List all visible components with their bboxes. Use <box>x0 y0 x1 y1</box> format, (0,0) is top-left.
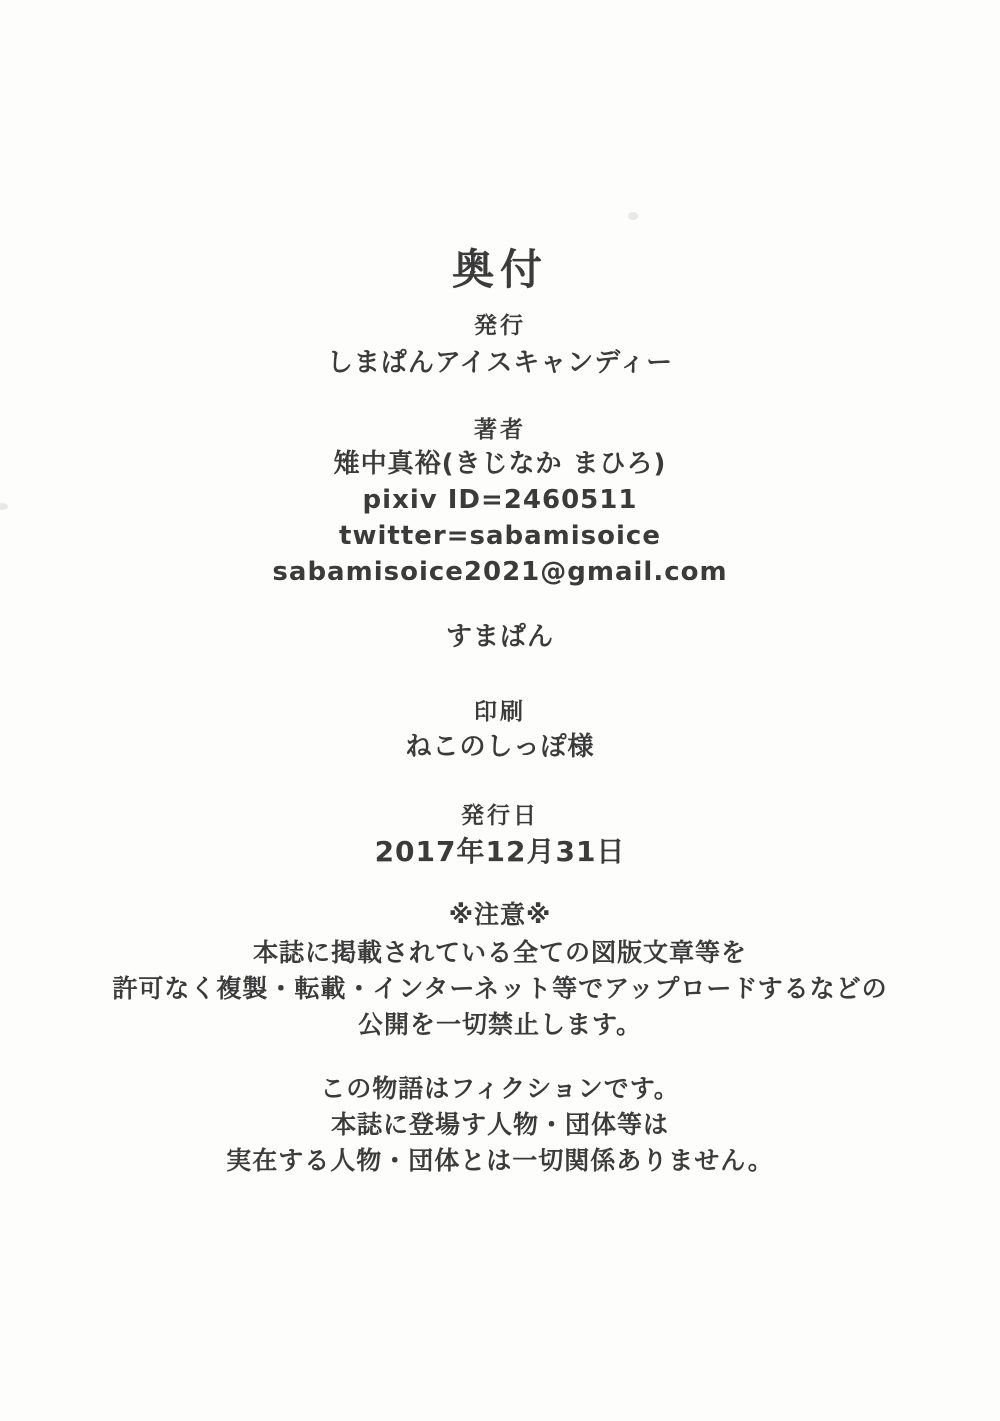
colophon-page: 奥付 発行 しまぱんアイスキャンディー 著者 雉中真裕(きじなか まひろ) pi… <box>0 0 1000 1421</box>
notice-heading: ※注意※ <box>0 899 1000 931</box>
author-name: 雉中真裕(きじなか まひろ) <box>0 447 1000 481</box>
printer-name: ねこのしっぽ様 <box>0 731 1000 763</box>
author-pixiv-id: pixiv ID=2460511 <box>0 483 1000 517</box>
printer-label: 印刷 <box>0 697 1000 727</box>
author-email: sabamisoice2021@gmail.com <box>0 555 1000 589</box>
publication-date-label: 発行日 <box>0 801 1000 831</box>
notice-line: 公開を一切禁止します。 <box>0 1007 1000 1043</box>
disclaimer-line: 実在する人物・団体とは一切関係ありません。 <box>0 1143 1000 1179</box>
author-twitter: twitter=sabamisoice <box>0 519 1000 553</box>
publication-date-value: 2017年12月31日 <box>0 835 1000 869</box>
circle-extra-name: すまぱん <box>0 621 1000 653</box>
disclaimer-line: この物語はフィクションです。 <box>0 1071 1000 1107</box>
author-label: 著者 <box>0 415 1000 445</box>
notice-line: 本誌に掲載されている全ての図版文章等を <box>0 935 1000 971</box>
scan-artifact-speck <box>628 212 638 220</box>
publisher-label: 発行 <box>0 311 1000 341</box>
publisher-name: しまぱんアイスキャンディー <box>0 347 1000 379</box>
disclaimer-line: 本誌に登場す人物・団体等は <box>0 1107 1000 1143</box>
notice-line: 許可なく複製・転載・インターネット等でアップロードするなどの <box>0 971 1000 1007</box>
page-title: 奥付 <box>0 0 1000 294</box>
